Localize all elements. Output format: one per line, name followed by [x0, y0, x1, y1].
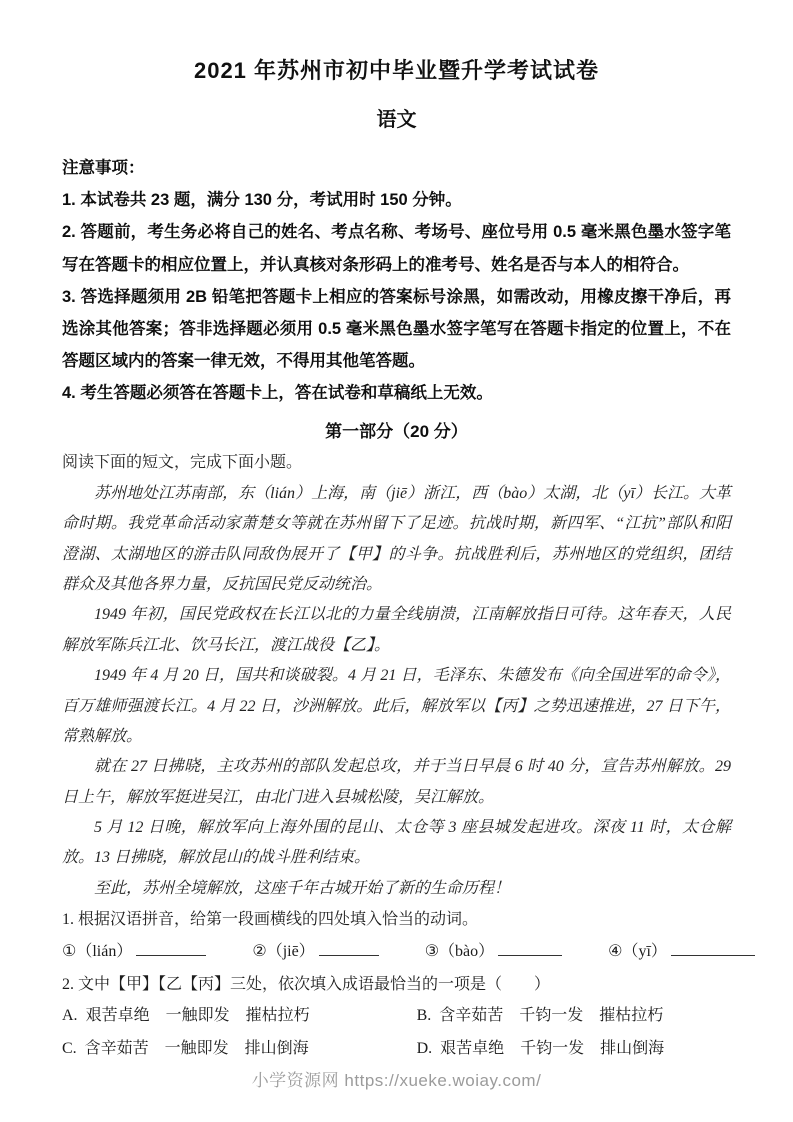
question-1-blanks: ①（lián） ②（jiē） ③（bào） ④（yī） [62, 935, 731, 969]
blank-3: ③（bào） [425, 935, 562, 969]
question-2-label: 2. 文中【甲】【乙【丙】三处，依次填入成语最恰当的一项是（ ） [62, 969, 731, 1000]
option-a: A.艰苦卓绝 一触即发 摧枯拉朽 [62, 1000, 417, 1031]
reading-passage: 苏州地处江苏南部，东（lián）上海，南（jiē）浙江，西（bào）太湖，北（y… [62, 479, 731, 904]
blank-1-line [136, 939, 206, 956]
page-title: 2021 年苏州市初中毕业暨升学考试试卷 [62, 54, 731, 85]
passage-paragraph: 就在 27 日拂晓，主攻苏州的部队发起总攻，并于当日早晨 6 时 40 分，宣告… [62, 752, 731, 813]
option-a-text: 艰苦卓绝 一触即发 摧枯拉朽 [86, 1007, 310, 1024]
blank-1-number: ① [62, 943, 76, 960]
notice-section: 注意事项： 1. 本试卷共 23 题，满分 130 分，考试用时 150 分钟。… [62, 152, 731, 409]
notice-item-1: 1. 本试卷共 23 题，满分 130 分，考试用时 150 分钟。 [62, 184, 731, 216]
subject-title: 语文 [62, 103, 731, 132]
option-d-label: D. [417, 1040, 433, 1057]
blank-2: ②（jiē） [252, 935, 378, 969]
footer-watermark: 小学资源网 https://xueke.woiay.com/ [0, 1066, 793, 1091]
option-b-label: B. [417, 1007, 432, 1024]
question-2-options: A.艰苦卓绝 一触即发 摧枯拉朽 B.含辛茹苦 千钧一发 摧枯拉朽 C.含辛茹苦… [62, 1000, 731, 1064]
option-c-label: C. [62, 1040, 77, 1057]
notice-item-4: 4. 考生答题必须答在答题卡上，答在试卷和草稿纸上无效。 [62, 377, 731, 409]
option-c-text: 含辛茹苦 一触即发 排山倒海 [85, 1040, 309, 1057]
blank-4: ④（yī） [608, 935, 755, 969]
notice-item-3: 3. 答选择题须用 2B 铅笔把答题卡上相应的答案标号涂黑，如需改动，用橡皮擦干… [62, 281, 731, 378]
footer-site-url: https://xueke.woiay.com/ [344, 1071, 541, 1090]
blank-3-pinyin: （bào） [439, 943, 494, 960]
option-a-label: A. [62, 1007, 78, 1024]
blank-4-line [671, 939, 755, 956]
passage-paragraph: 1949 年初，国民党政权在长江以北的力量全线崩溃，江南解放指日可待。这年春天，… [62, 600, 731, 661]
blank-4-pinyin: （yī） [622, 943, 666, 960]
blank-4-number: ④ [608, 943, 622, 960]
notice-item-2: 2. 答题前，考生务必将自己的姓名、考点名称、考场号、座位号用 0.5 毫米黑色… [62, 216, 731, 280]
passage-paragraph: 5 月 12 日晚，解放军向上海外围的昆山、太仓等 3 座县城发起进攻。深夜 1… [62, 813, 731, 874]
footer-site-name: 小学资源网 [252, 1071, 340, 1090]
passage-paragraph: 至此，苏州全境解放，这座千年古城开始了新的生命历程！ [62, 874, 731, 904]
option-b: B.含辛茹苦 千钧一发 摧枯拉朽 [417, 1000, 731, 1031]
reading-intro: 阅读下面的短文，完成下面小题。 [62, 448, 731, 478]
blank-1-pinyin: （lián） [76, 943, 132, 960]
question-1-label: 1. 根据汉语拼音，给第一段画横线的四处填入恰当的动词。 [62, 904, 731, 935]
blank-2-pinyin: （jiē） [267, 943, 315, 960]
blank-3-line [498, 939, 562, 956]
blank-2-number: ② [252, 943, 266, 960]
notice-heading: 注意事项： [62, 152, 731, 184]
option-c: C.含辛茹苦 一触即发 排山倒海 [62, 1033, 417, 1064]
blank-1: ①（lián） [62, 935, 206, 969]
option-d-text: 艰苦卓绝 千钧一发 排山倒海 [440, 1040, 664, 1057]
option-b-text: 含辛茹苦 千钧一发 摧枯拉朽 [439, 1007, 663, 1024]
passage-paragraph: 1949 年 4 月 20 日，国共和谈破裂。4 月 21 日，毛泽东、朱德发布… [62, 661, 731, 752]
passage-paragraph: 苏州地处江苏南部，东（lián）上海，南（jiē）浙江，西（bào）太湖，北（y… [62, 479, 731, 601]
section-heading: 第一部分（20 分） [62, 417, 731, 442]
exam-paper-page: 2021 年苏州市初中毕业暨升学考试试卷 语文 注意事项： 1. 本试卷共 23… [0, 0, 793, 1122]
blank-2-line [319, 939, 379, 956]
option-d: D.艰苦卓绝 千钧一发 排山倒海 [417, 1033, 731, 1064]
blank-3-number: ③ [425, 943, 439, 960]
